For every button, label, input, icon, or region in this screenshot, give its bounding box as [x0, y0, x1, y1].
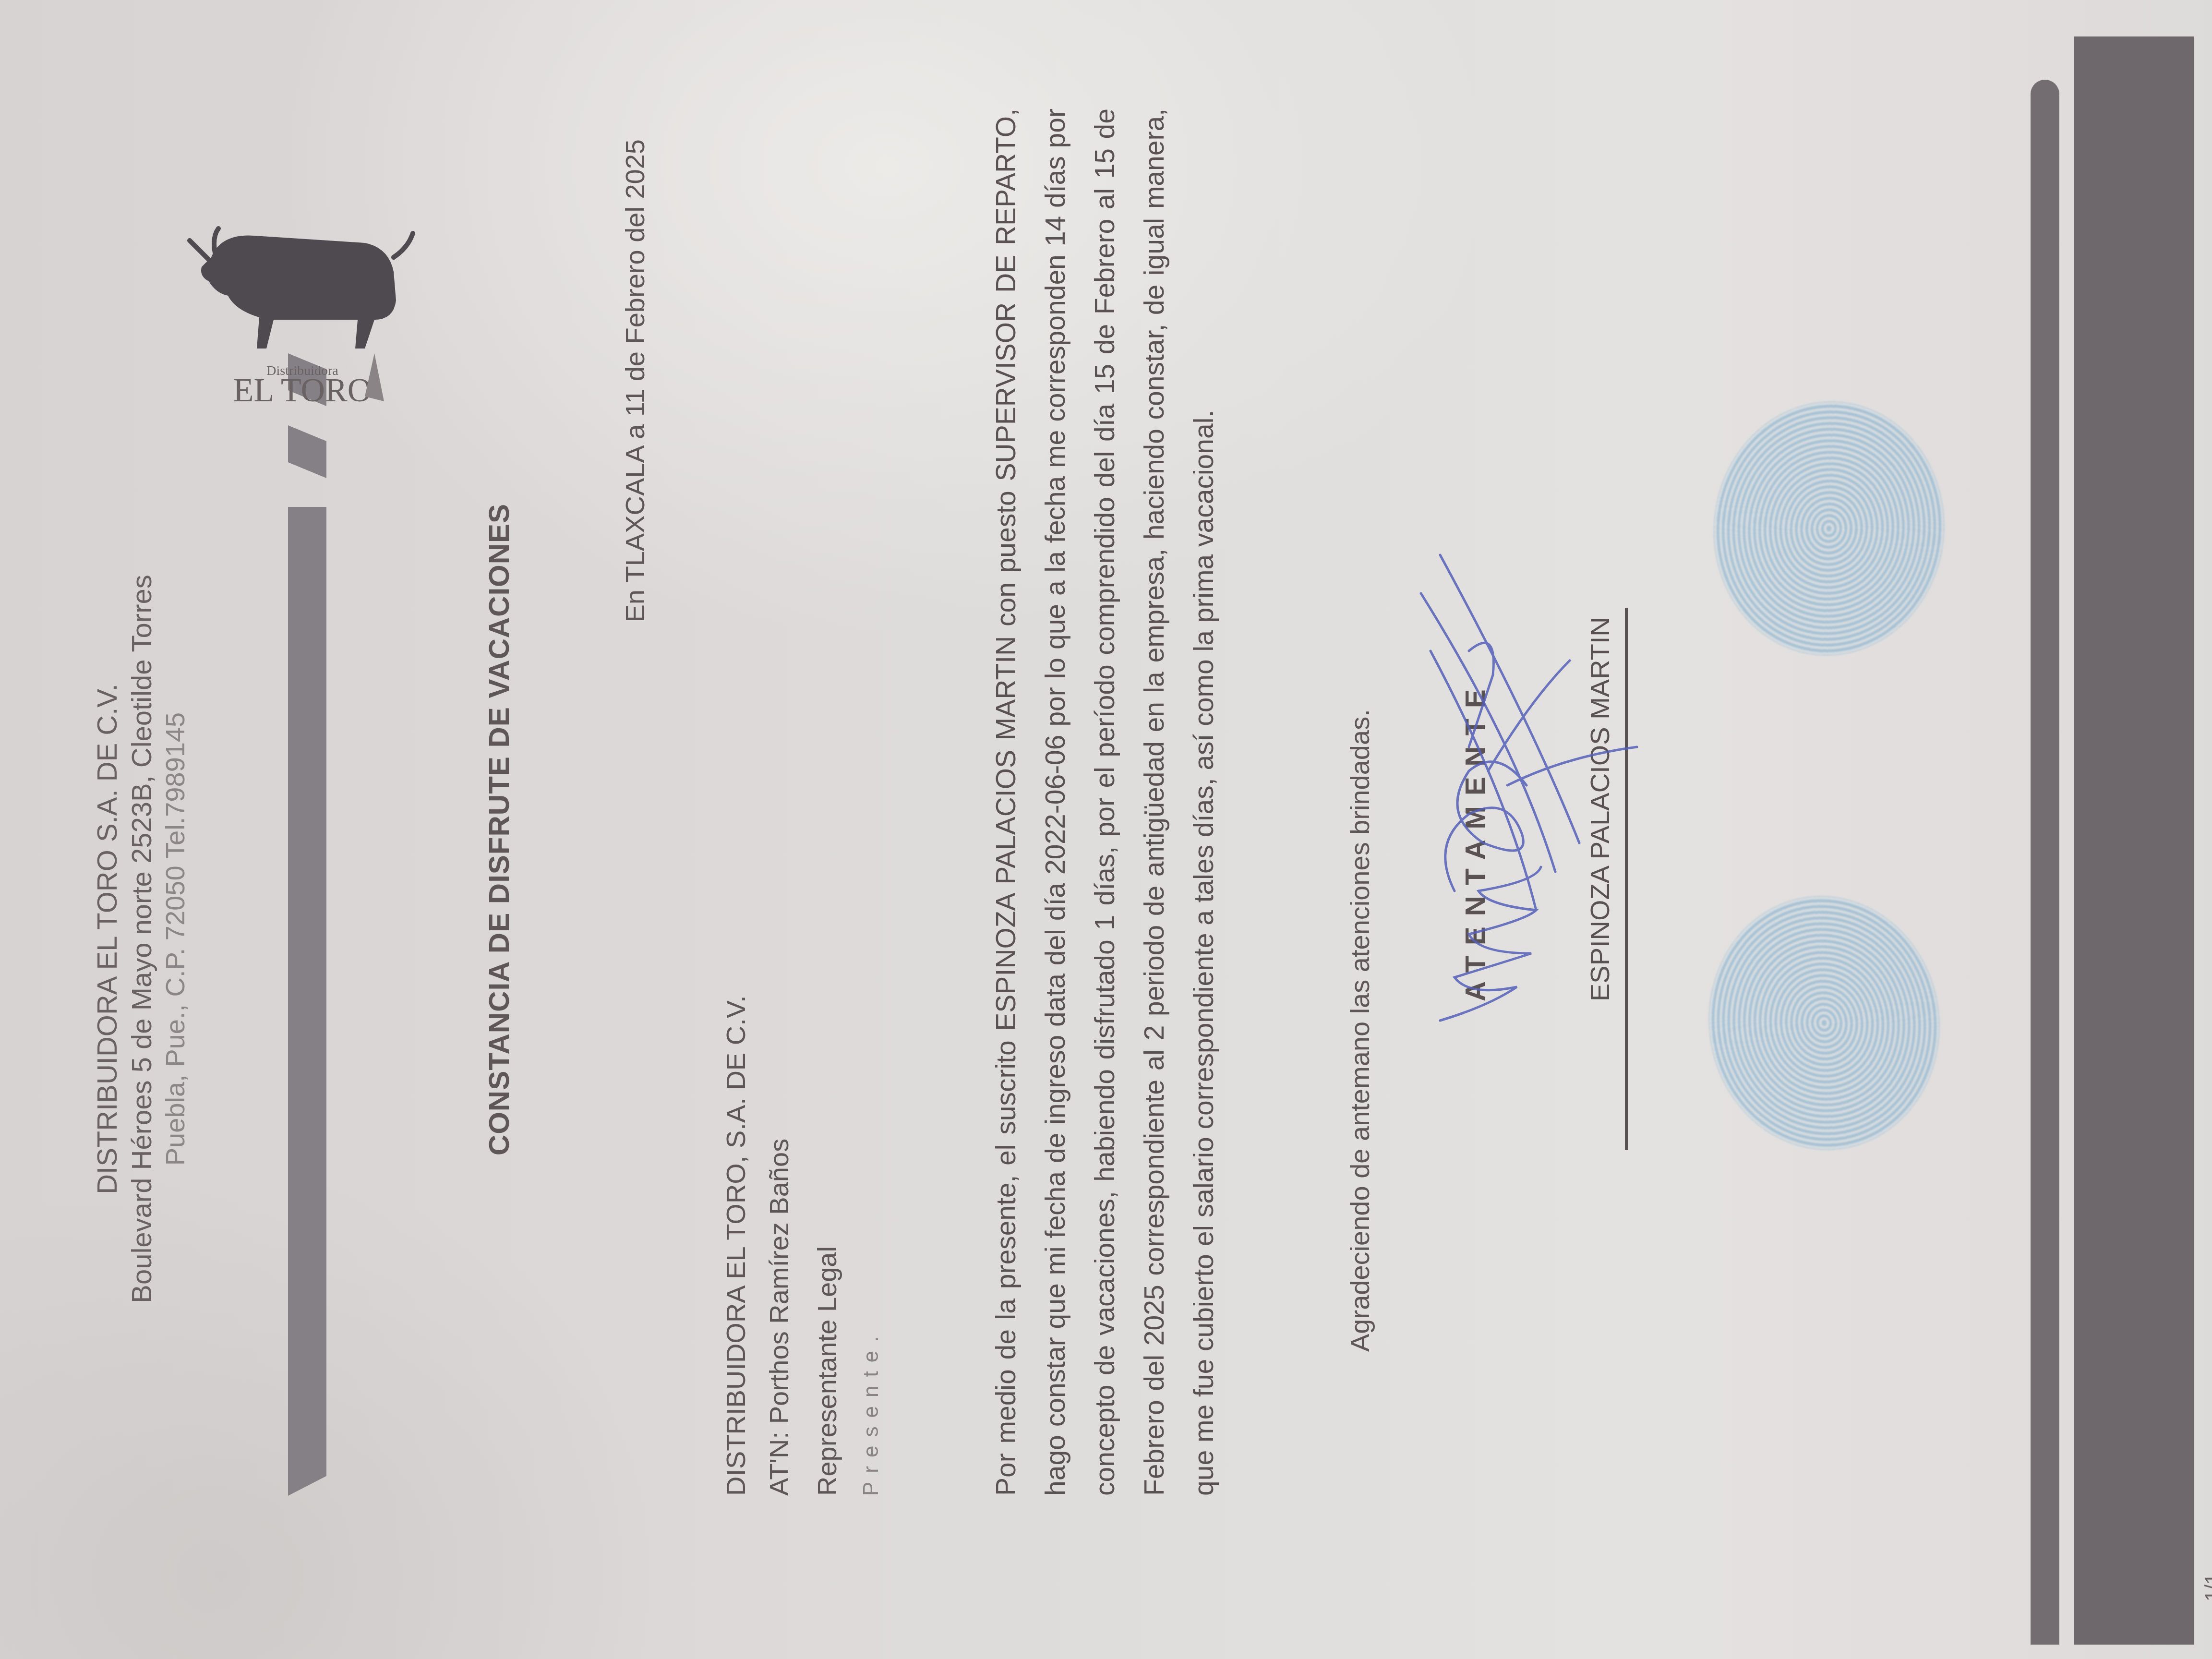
- fingerprint-right: [1701, 390, 1957, 667]
- company-logo: Distribuidora EL TORO: [182, 190, 490, 411]
- decorative-stripe: [288, 425, 326, 478]
- decorative-stripe: [288, 507, 326, 1496]
- footer-bar-thick: [2074, 36, 2194, 1645]
- page-number: 1/1: [2201, 1574, 2212, 1601]
- letterhead-city-phone: Puebla, Pue., C.P. 72050 Tel.7989145: [159, 219, 191, 1659]
- body-paragraph: Por medio de la presente, el suscrito ES…: [982, 108, 1229, 1496]
- bull-icon: Distribuidora EL TORO: [182, 190, 490, 411]
- closing-line: Agradeciendo de antemano las atenciones …: [1344, 709, 1375, 1352]
- letterhead-company: DISTRIBUIDORA EL TORO S.A. DE C.V.: [91, 219, 123, 1659]
- addressee-role: Representante Legal: [811, 1246, 842, 1496]
- svg-text:EL TORO: EL TORO: [233, 372, 372, 409]
- addressee-attention: AT'N: Porthos Ramírez Baños: [763, 1139, 794, 1496]
- addressee-company: DISTRIBUIDORA EL TORO, S.A. DE C.V.: [720, 995, 751, 1496]
- signature-block: ATENTAMENTE ESPINOZA PALACIOS MARTIN: [1440, 507, 1642, 1179]
- place-date: En TLAXCALA a 11 de Febrero del 2025: [619, 139, 650, 623]
- fingerprint-left: [1692, 881, 1956, 1165]
- letter-page: DISTRIBUIDORA EL TORO S.A. DE C.V. Boule…: [0, 0, 2212, 1659]
- footer-bar-thin: [2031, 80, 2059, 1645]
- document-title: CONSTANCIA DE DISFRUTE DE VACACIONES: [482, 0, 516, 1659]
- salutation: Presente.: [859, 1328, 883, 1496]
- handwritten-signature: [1411, 507, 1661, 1179]
- letterhead-address: Boulevard Héroes 5 de Mayo norte 2523B, …: [126, 219, 158, 1659]
